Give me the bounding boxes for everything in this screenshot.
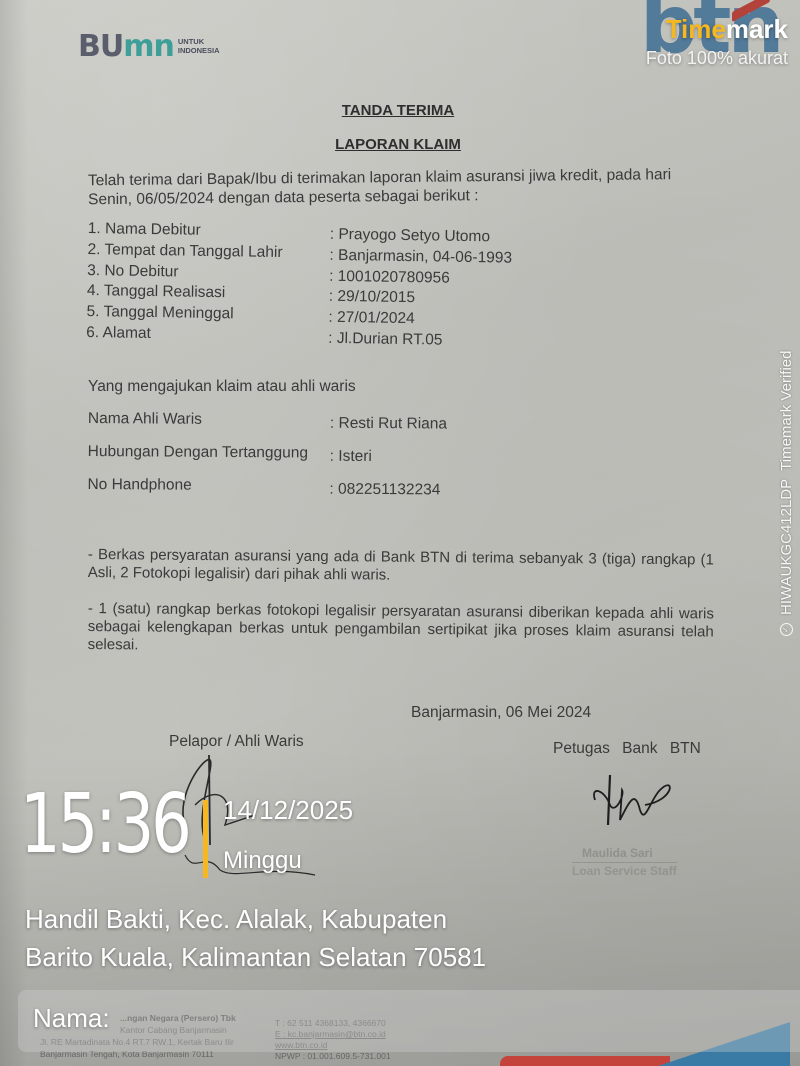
officer-title-stamp: Loan Service Staff [572,862,677,878]
overlay-name-bar [18,990,800,1052]
heir-value: : Resti Rut Riana [330,415,447,434]
overlay-time: 15:36 [20,784,189,866]
heir-row-relation: Hubungan Dengan Tertanggung : Isteri [88,443,488,479]
overlay-address-line2: Barito Kuala, Kalimantan Selatan 70581 [25,938,486,976]
overlay-divider-bar [203,800,208,878]
officer-signature [590,770,680,835]
applicant-heading: Yang mengajukan klaim atau ahli waris [88,378,356,396]
field-value: : Banjarmasin, 04-06-1993 [329,247,512,268]
footer-npwp: NPWP : 01.001.609.5-731.001 [275,1051,391,1062]
document-subtitle: LAPORAN KLAIM [0,136,798,153]
field-label: 4. Tanggal Realisasi [87,282,226,302]
reporter-signature-label: Pelapor / Ahli Waris [169,733,304,751]
overlay-day: Minggu [223,847,302,875]
field-label: 5. Tanggal Meninggal [86,303,233,323]
overlay-date: 14/12/2025 [223,795,353,826]
heir-fields: Nama Ahli Waris : Resti Rut Riana Hubung… [87,410,488,512]
field-value: : Prayogo Setyo Utomo [330,226,491,247]
heir-value: : Isteri [330,448,372,466]
overlay-name-label: Nama: [33,1003,110,1034]
field-value: : 1001020780956 [329,267,450,287]
field-value: : 29/10/2015 [329,288,415,307]
overlay-address-line1: Handil Bakti, Kec. Alalak, Kabupaten [25,900,486,938]
officer-signature-label: Petugas Bank BTN [553,740,701,758]
heir-label: Nama Ahli Waris [88,410,202,429]
document-title: TANDA TERIMA [0,102,798,119]
field-label: 6. Alamat [86,324,151,343]
field-value: : 27/01/2024 [328,309,414,328]
heir-value: : 082251132234 [329,481,440,500]
note-paragraph-1: - Berkas persyaratan asuransi yang ada d… [88,546,714,587]
heir-row-phone: No Handphone : 082251132234 [87,476,487,512]
note-paragraph-2: - 1 (satu) rangkap berkas fotokopi legal… [88,600,714,659]
intro-paragraph: Telah terima dari Bapak/Ibu di terimakan… [88,165,716,210]
field-value: : Jl.Durian RT.05 [328,330,443,350]
field-label: 3. No Debitur [87,262,179,281]
officer-name-stamp: Maulida Sari [582,846,653,860]
heir-label: No Handphone [87,476,191,495]
heir-label: Hubungan Dengan Tertanggung [88,443,308,463]
overlay-location: Handil Bakti, Kec. Alalak, Kabupaten Bar… [25,900,486,976]
field-label: 1. Nama Debitur [88,220,201,240]
place-date: Banjarmasin, 06 Mei 2024 [411,704,591,722]
heir-row-name: Nama Ahli Waris : Resti Rut Riana [88,410,488,446]
footer-red-stripe [500,1056,670,1066]
field-label: 2. Tempat dan Tanggal Lahir [87,241,282,262]
debtor-fields: 1. Nama Debitur : Prayogo Setyo Utomo 2.… [86,220,548,352]
